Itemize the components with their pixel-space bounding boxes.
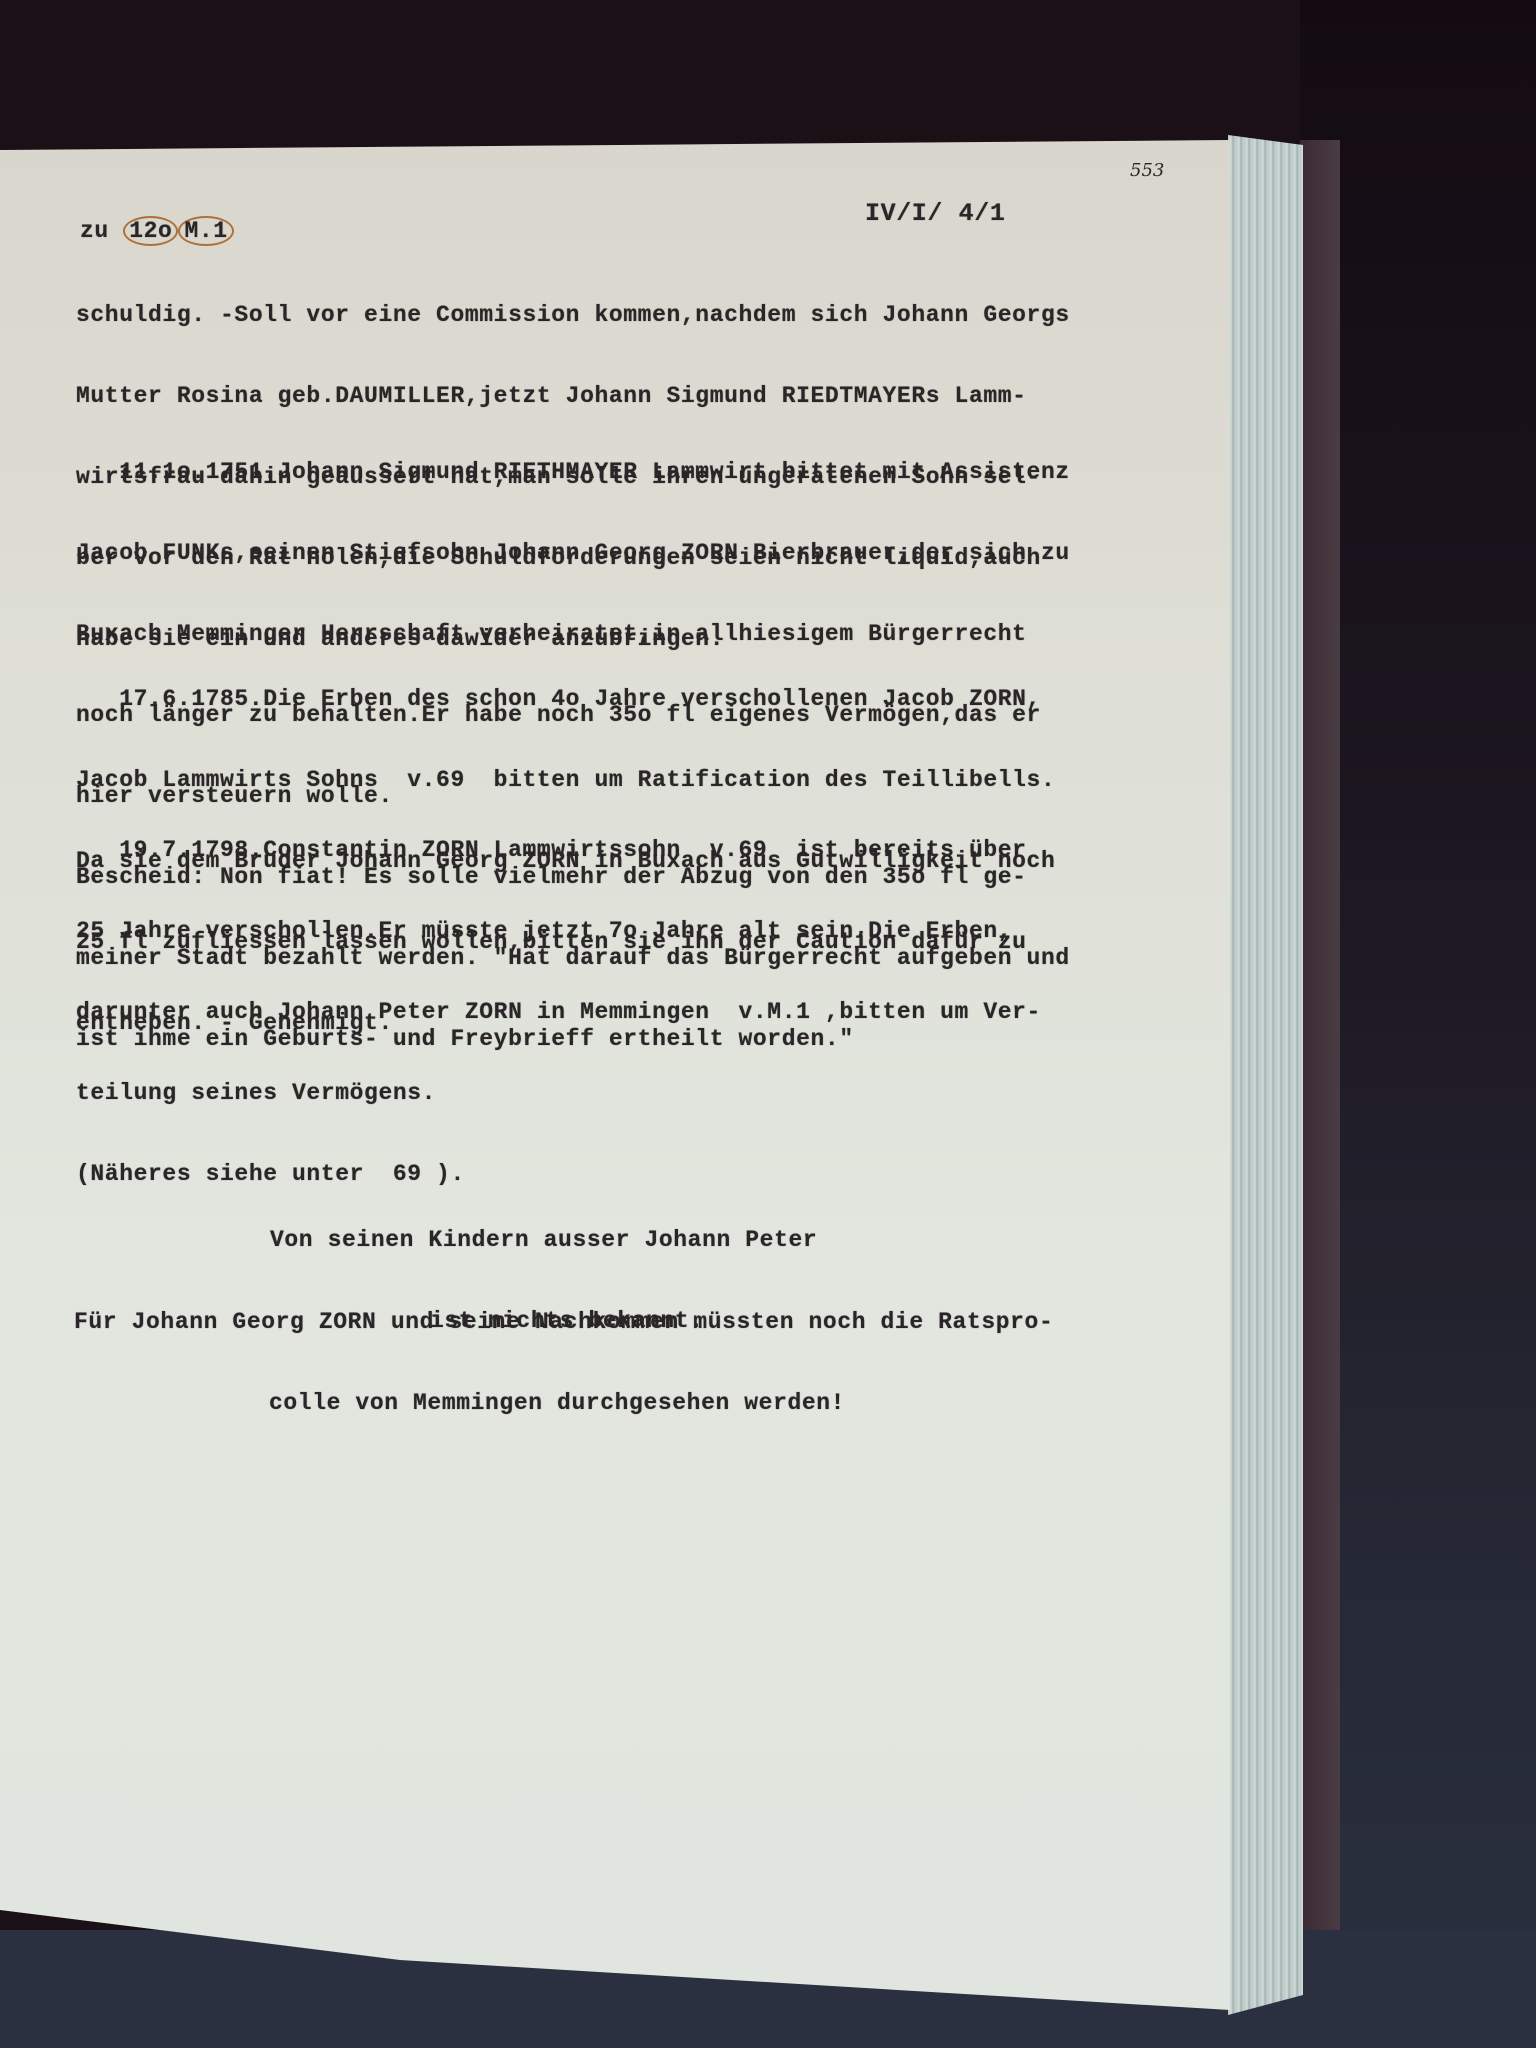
document-reference: IV/I/ 4/1 xyxy=(865,200,1005,227)
text-line: 25 Jahre verschollen.Er müsste jetzt 7o … xyxy=(76,918,1041,945)
text-line: 17.6.1785.Die Erben des schon 4o Jahre v… xyxy=(76,686,1055,713)
circled-code: M.1 xyxy=(178,216,233,246)
paragraph-1798: 19.7.1798.Constantin ZORN Lammwirtssohn … xyxy=(76,783,1041,1215)
text-line: Jacob FUNKs,seinen Stiefsohn Johann Geor… xyxy=(76,540,1070,567)
book-cover-edge xyxy=(1300,140,1340,1940)
header-prefix: zu xyxy=(80,218,109,244)
page-number: 553 xyxy=(1130,160,1164,181)
text-line: teilung seines Vermögens. xyxy=(76,1080,1041,1107)
text-line: 19.7.1798.Constantin ZORN Lammwirtssohn … xyxy=(76,837,1041,864)
circled-number: 12o xyxy=(123,216,178,246)
note-final: Für Johann Georg ZORN und seine Nachkomm… xyxy=(74,1255,1053,1444)
text-line: colle von Memmingen durchgesehen werden! xyxy=(74,1390,1053,1417)
header-reference: zu 12oM.1 xyxy=(80,218,234,245)
text-line: darunter auch Johann Peter ZORN in Memmi… xyxy=(76,999,1041,1026)
text-line: Für Johann Georg ZORN und seine Nachkomm… xyxy=(74,1309,1053,1336)
page-stack-edges xyxy=(1228,135,1303,2015)
text-line: Von seinen Kindern ausser Johann Peter xyxy=(270,1227,817,1254)
text-line: schuldig. -Soll vor eine Commission komm… xyxy=(76,302,1070,329)
text-line: 11.1o.1751.Johann Sigmund RIETHMAYER Lam… xyxy=(76,459,1070,486)
